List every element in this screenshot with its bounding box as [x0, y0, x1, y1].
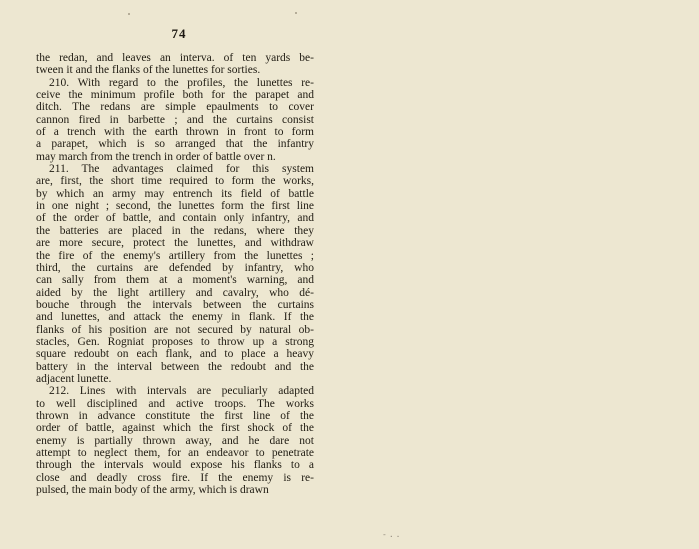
text-line: battery in the interval between the redo… — [36, 361, 314, 373]
text-line: stacles, Gen. Rogniat proposes to throw … — [36, 336, 314, 348]
text-line: by which an army may entrench its field … — [36, 188, 314, 200]
text-line: pulsed, the main body of the army, which… — [36, 484, 314, 496]
text-line: 210. With regard to the profiles, the lu… — [36, 77, 314, 89]
text-line: enemy is partially thrown away, and he d… — [36, 435, 314, 447]
text-line: can sally from them at a moment's warnin… — [36, 274, 314, 286]
text-line: are more secure, protect the lunettes, a… — [36, 237, 314, 249]
text-line: flanks of his position are not secured b… — [36, 324, 314, 336]
scan-speck — [295, 12, 297, 14]
text-line: close and deadly cross fire. If the enem… — [36, 472, 314, 484]
text-line: ditch. The redans are simple epaulments … — [36, 101, 314, 113]
text-line: order of battle, against which the first… — [36, 422, 314, 434]
text-line: in one night ; second, the lunettes form… — [36, 200, 314, 212]
text-line: the batteries are placed in the redans, … — [36, 225, 314, 237]
text-line: adjacent lunette. — [36, 373, 314, 385]
text-line: 212. Lines with intervals are peculiarly… — [36, 385, 314, 397]
text-line: may march from the trench in order of ba… — [36, 151, 314, 163]
text-line: through the intervals would expose his f… — [36, 459, 314, 471]
text-line: 211. The advantages claimed for this sys… — [36, 163, 314, 175]
text-line: and lunettes, and attack the enemy in fl… — [36, 311, 314, 323]
text-line: square redoubt on each flank, and to pla… — [36, 348, 314, 360]
text-line: the fire of the enemy's artillery from t… — [36, 250, 314, 262]
text-line: bouche through the intervals between the… — [36, 299, 314, 311]
text-line: cannon fired in barbette ; and the curta… — [36, 114, 314, 126]
text-line: to well disciplined and active troops. T… — [36, 398, 314, 410]
text-line: of a trench with the earth thrown in fro… — [36, 126, 314, 138]
text-line: aided by the light artillery and cavalry… — [36, 287, 314, 299]
text-line: a parapet, which is so arranged that the… — [36, 138, 314, 150]
page-number: 74 — [36, 26, 322, 42]
scan-artifact-mark: -.. — [382, 530, 402, 539]
text-line: are, first, the short time required to f… — [36, 175, 314, 187]
text-line: third, the curtains are defended by infa… — [36, 262, 314, 274]
scanned-book-page: 74 the redan, and leaves an interva. of … — [0, 0, 699, 549]
text-line: attempt to neglect them, for an endeavor… — [36, 447, 314, 459]
text-line: ceive the minimum profile both for the p… — [36, 89, 314, 101]
text-line: the redan, and leaves an interva. of ten… — [36, 52, 314, 64]
scan-speck — [128, 13, 130, 15]
text-line: of the order of battle, and contain only… — [36, 212, 314, 224]
text-block: the redan, and leaves an interva. of ten… — [36, 52, 314, 496]
text-line: thrown in advance constitute the first l… — [36, 410, 314, 422]
text-line: tween it and the flanks of the lunettes … — [36, 64, 314, 76]
